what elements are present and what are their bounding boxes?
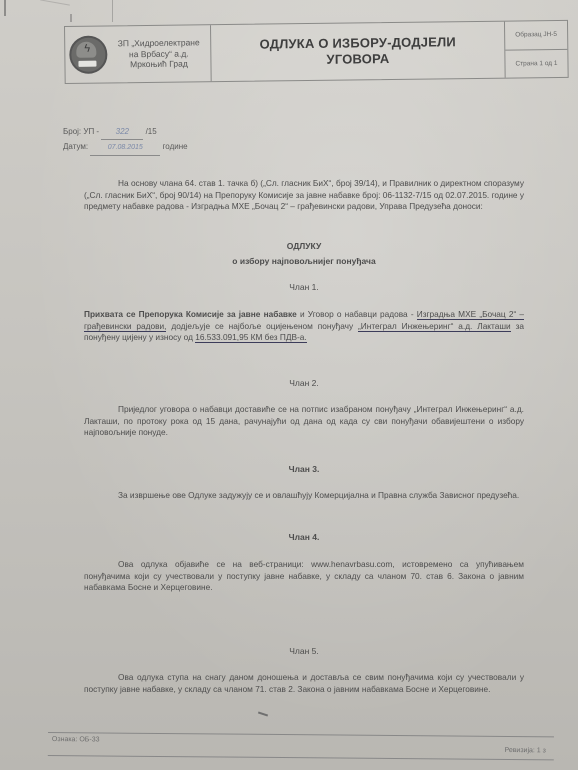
page-number: Страна 1 од 1 <box>505 48 567 77</box>
article-1-text: Прихвата се Препорука Комисије за јавне … <box>84 309 524 344</box>
article-3-heading: Члан 3. <box>84 464 524 474</box>
document-header-table: ϟ ЗП „Хидроелектране на Врбасу“ а.д. Мрк… <box>64 20 569 84</box>
footer-revision: Ревизија: 1 з <box>504 747 545 754</box>
document-meta: Број: УП - 322 /15 Датум: 07.08.2015 год… <box>63 125 188 156</box>
pen-mark <box>258 712 268 717</box>
lightning-icon: ϟ <box>84 44 90 55</box>
decision-subtitle: о избору најповољнијег понуђача <box>84 256 524 266</box>
intro-paragraph: На основу члана 64. став 1. тачка б) („С… <box>84 178 524 213</box>
header-organization-cell: ϟ ЗП „Хидроелектране на Врбасу“ а.д. Мрк… <box>65 25 212 83</box>
header-form-info: Образац ЈН-5 Страна 1 од 1 <box>505 21 568 78</box>
document-title: ОДЛУКА О ИЗБОРУ-ДОДЈЕЛИ УГОВОРА <box>211 22 506 82</box>
article-1-heading: Члан 1. <box>84 282 524 292</box>
paper-crease <box>112 0 113 22</box>
article-4-heading: Члан 4. <box>84 532 524 542</box>
document-number: Број: УП - 322 /15 <box>63 125 188 140</box>
handwritten-date: 07.08.2015 <box>90 141 160 156</box>
article-2-text: Приједлог уговора о набавци доставиће се… <box>84 404 524 439</box>
article-5-heading: Члан 5. <box>84 646 524 656</box>
paper-crease <box>70 14 72 22</box>
scanned-document-page: ϟ ЗП „Хидроелектране на Врбасу“ а.д. Мрк… <box>0 0 578 770</box>
handwritten-number: 322 <box>101 125 143 140</box>
article-5-text: Ова одлука ступа на снагу даном доношења… <box>84 672 524 695</box>
footer-code: Ознака: ОБ-33 <box>52 736 100 743</box>
document-footer: Ознака: ОБ-33 Ревизија: 1 з <box>48 732 554 760</box>
article-2-heading: Члан 2. <box>84 378 524 388</box>
decision-title: ОДЛУКУ <box>84 241 524 251</box>
article-4-text: Ова одлука објавиће се на веб-страници: … <box>84 559 524 594</box>
paper-crease <box>4 0 6 16</box>
article-3-text: За извршење ове Одлуке задужују се и овл… <box>84 490 524 502</box>
form-code: Образац ЈН-5 <box>505 21 567 49</box>
company-logo-icon: ϟ <box>69 35 107 73</box>
document-date: Датум: 07.08.2015 године <box>63 140 188 156</box>
paper-crease <box>40 0 70 6</box>
organization-name: ЗП „Хидроелектране на Врбасу“ а.д. Мркоњ… <box>107 37 210 70</box>
